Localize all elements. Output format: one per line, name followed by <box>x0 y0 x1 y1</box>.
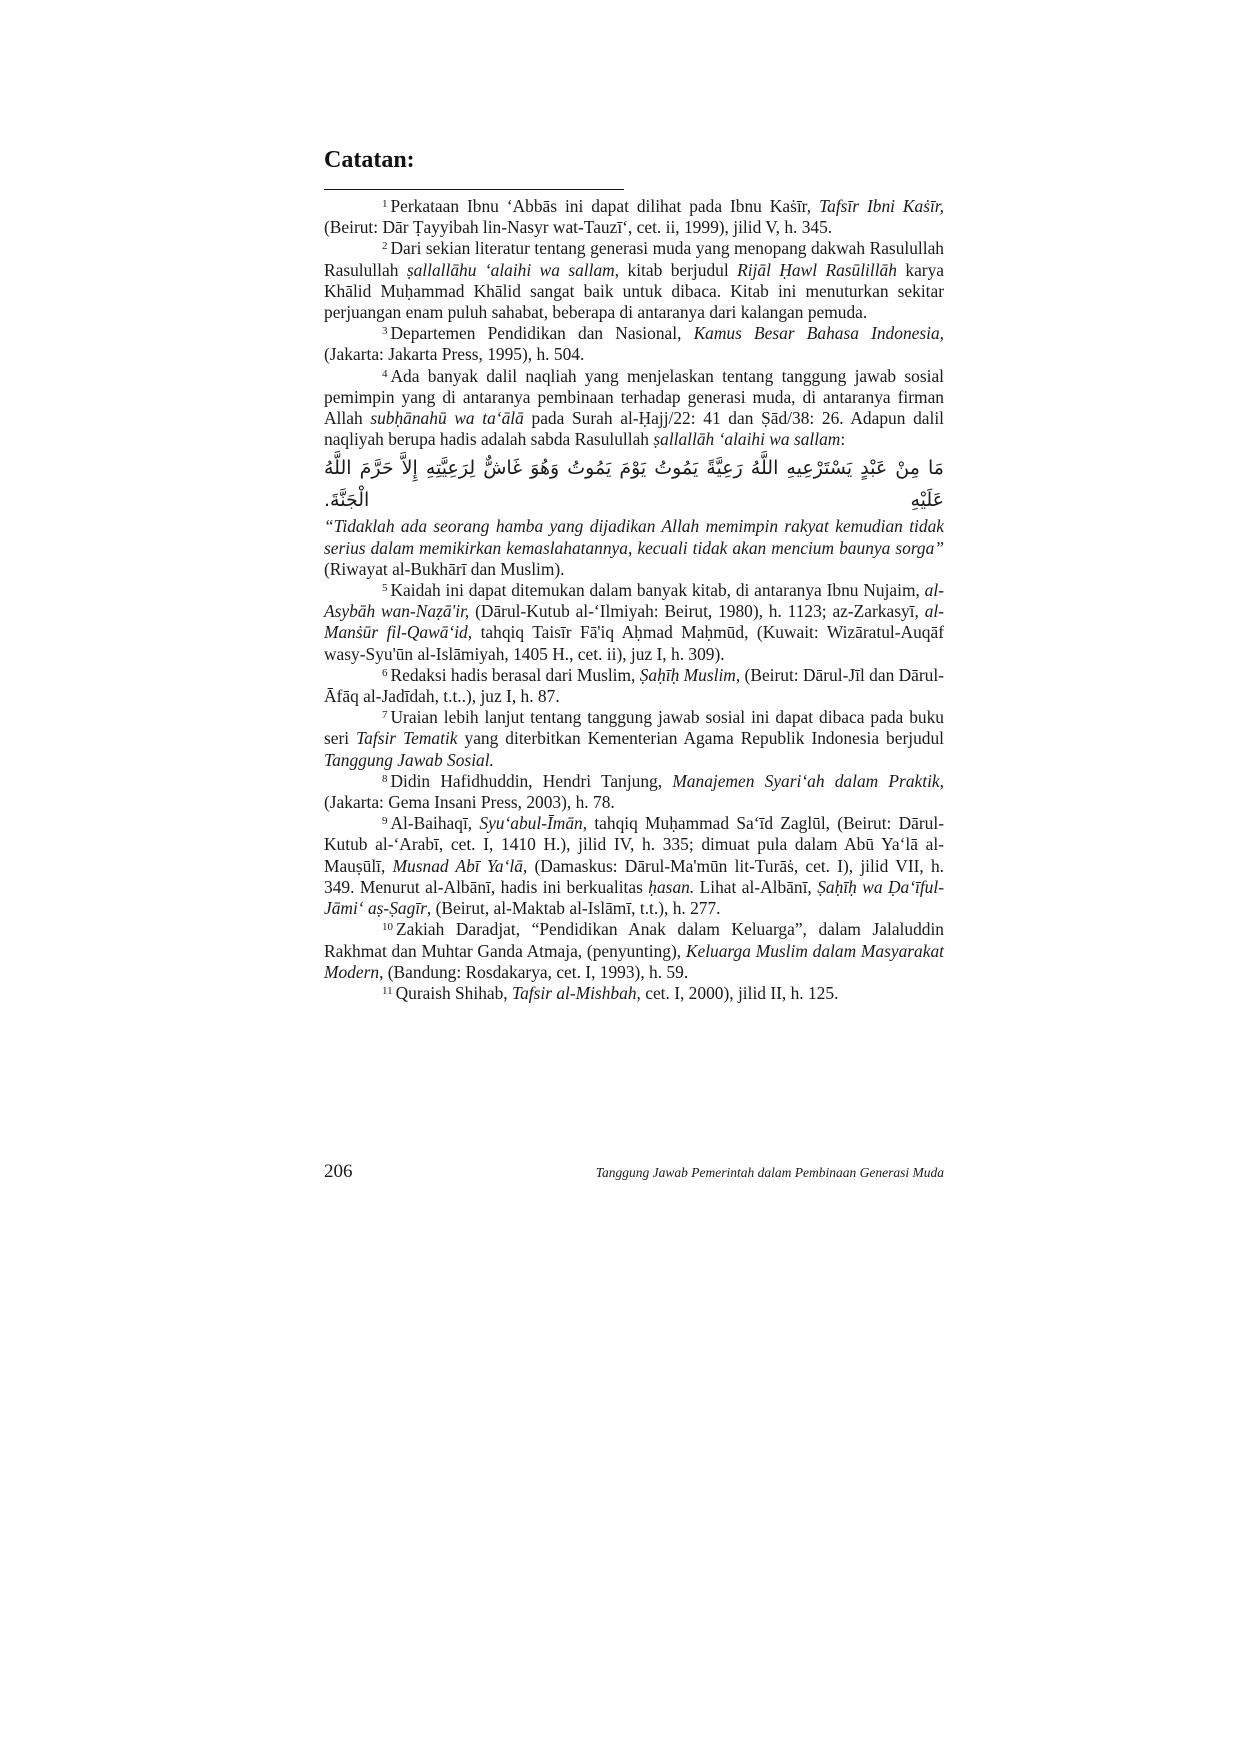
footnote-number: 1 <box>382 198 388 210</box>
footnote-separator-rule <box>324 189 624 190</box>
footnote-text: (Beirut: Dār Ṭayyibah lin-Nasyr wat-Tauz… <box>324 217 832 237</box>
footnote-number: 7 <box>382 709 388 721</box>
footnote-text: , kitab berjudul <box>615 260 737 280</box>
footnote-number: 2 <box>382 240 388 252</box>
footnote-number: 11 <box>382 985 393 997</box>
footnote-number: 9 <box>382 815 388 827</box>
footnote-text: yang diterbitkan Kementerian Agama Repub… <box>458 728 945 748</box>
footnote-italic-title: Tafsir Tematik <box>356 728 457 748</box>
page-body: Catatan: 1Perkataan Ibnu ‘Abbās ini dapa… <box>324 145 944 1004</box>
footnote-italic-title: Tafsir al-Mishbah <box>512 983 637 1003</box>
hadith-source: (Riwayat al-Bukhārī dan Muslim). <box>324 559 565 579</box>
page-footer: 206 Tanggung Jawab Pemerintah dalam Pemb… <box>324 1161 944 1183</box>
footnote-number: 5 <box>382 582 388 594</box>
footnote-text: Departemen Pendidikan dan Nasional, <box>391 323 694 343</box>
notes-heading: Catatan: <box>324 145 944 175</box>
footnote-text: : <box>840 429 845 449</box>
footnote-5: 5Kaidah ini dapat ditemukan dalam banyak… <box>324 580 944 665</box>
footnote-4: 4Ada banyak dalil naqliah yang menjelask… <box>324 366 944 451</box>
footnote-italic-title: Kamus Besar Bahasa Indonesia, <box>694 323 944 343</box>
footnote-italic-title: ṣallallāhu ‘alaihi wa sallam <box>407 260 615 280</box>
footnote-italic-title: ṣallallāh ‘alaihi wa sallam <box>653 429 840 449</box>
footnote-8: 8Didin Hafidhuddin, Hendri Tanjung, Mana… <box>324 771 944 813</box>
footnote-11: 11Quraish Shihab, Tafsir al-Mishbah, cet… <box>324 983 944 1004</box>
footnote-italic-title: subḥānahū wa ta‘ālā <box>370 408 524 428</box>
footnote-text: Redaksi hadis berasal dari Muslim, <box>391 665 640 685</box>
footnote-text: Perkataan Ibnu ‘Abbās ini dapat dilihat … <box>391 196 820 216</box>
footnote-text: Quraish Shihab, <box>396 983 512 1003</box>
footnote-10: 10Zakiah Daradjat, “Pendidikan Anak dala… <box>324 919 944 983</box>
footnote-text: , cet. I, 2000), jilid II, h. 125. <box>637 983 839 1003</box>
hadith-translation: “Tidaklah ada seorang hamba yang dijadik… <box>324 516 944 580</box>
footnote-7: 7Uraian lebih lanjut tentang tanggung ja… <box>324 707 944 771</box>
footnote-6: 6Redaksi hadis berasal dari Muslim, Ṣaḥī… <box>324 665 944 707</box>
footnote-text: Al-Baihaqī, <box>391 813 480 833</box>
footnote-number: 10 <box>382 921 393 933</box>
hadith-arabic-text: مَا مِنْ عَبْدٍ يَسْتَرْعِيهِ اللَّهُ رَ… <box>324 452 944 516</box>
page-number: 206 <box>324 1161 353 1183</box>
footnote-text: (Jakarta: Jakarta Press, 1995), h. 504. <box>324 344 584 364</box>
footnote-9: 9Al-Baihaqī, Syu‘abul-Īmān, tahqiq Muḥam… <box>324 813 944 919</box>
footnote-italic-title: Ṣaḥīḥ Muslim, <box>640 665 740 685</box>
footnote-text: , (Beirut, al-Maktab al-Islāmī, t.t.), h… <box>427 898 721 918</box>
footnote-number: 8 <box>382 773 388 785</box>
footnote-text: Didin Hafidhuddin, Hendri Tanjung, <box>391 771 673 791</box>
running-title: Tanggung Jawab Pemerintah dalam Pembinaa… <box>596 1165 944 1181</box>
footnote-italic-title: Musnad Abī Ya‘lā, <box>393 856 528 876</box>
footnote-italic-title: Rijāl Ḥawl Rasūlillāh <box>737 260 897 280</box>
footnote-text: , (Bandung: Rosdakarya, cet. I, 1993), h… <box>379 962 688 982</box>
footnote-text: Kaidah ini dapat ditemukan dalam banyak … <box>391 580 925 600</box>
footnote-italic-title: Tanggung Jawab Sosial. <box>324 750 494 770</box>
footnote-3: 3Departemen Pendidikan dan Nasional, Kam… <box>324 323 944 365</box>
footnote-italic-title: ḥasan. <box>648 877 694 897</box>
hadith-translation-text: “Tidaklah ada seorang hamba yang dijadik… <box>324 516 944 557</box>
footnote-number: 6 <box>382 667 388 679</box>
footnote-2: 2Dari sekian literatur tentang generasi … <box>324 238 944 323</box>
footnote-1: 1Perkataan Ibnu ‘Abbās ini dapat dilihat… <box>324 196 944 238</box>
footnote-text: Lihat al-Albānī, <box>694 877 817 897</box>
footnote-text: (Dārul-Kutub al-‘Ilmiyah: Beirut, 1980),… <box>469 601 924 621</box>
footnote-number: 4 <box>382 368 388 380</box>
footnote-italic-title: Syu‘abul-Īmān, <box>479 813 587 833</box>
footnotes-list: 1Perkataan Ibnu ‘Abbās ini dapat dilihat… <box>324 196 944 1004</box>
footnote-italic-title: Tafsīr Ibni Kaṡīr, <box>819 196 944 216</box>
footnote-italic-title: Manajemen Syari‘ah dalam Praktik <box>672 771 939 791</box>
footnote-number: 3 <box>382 325 388 337</box>
